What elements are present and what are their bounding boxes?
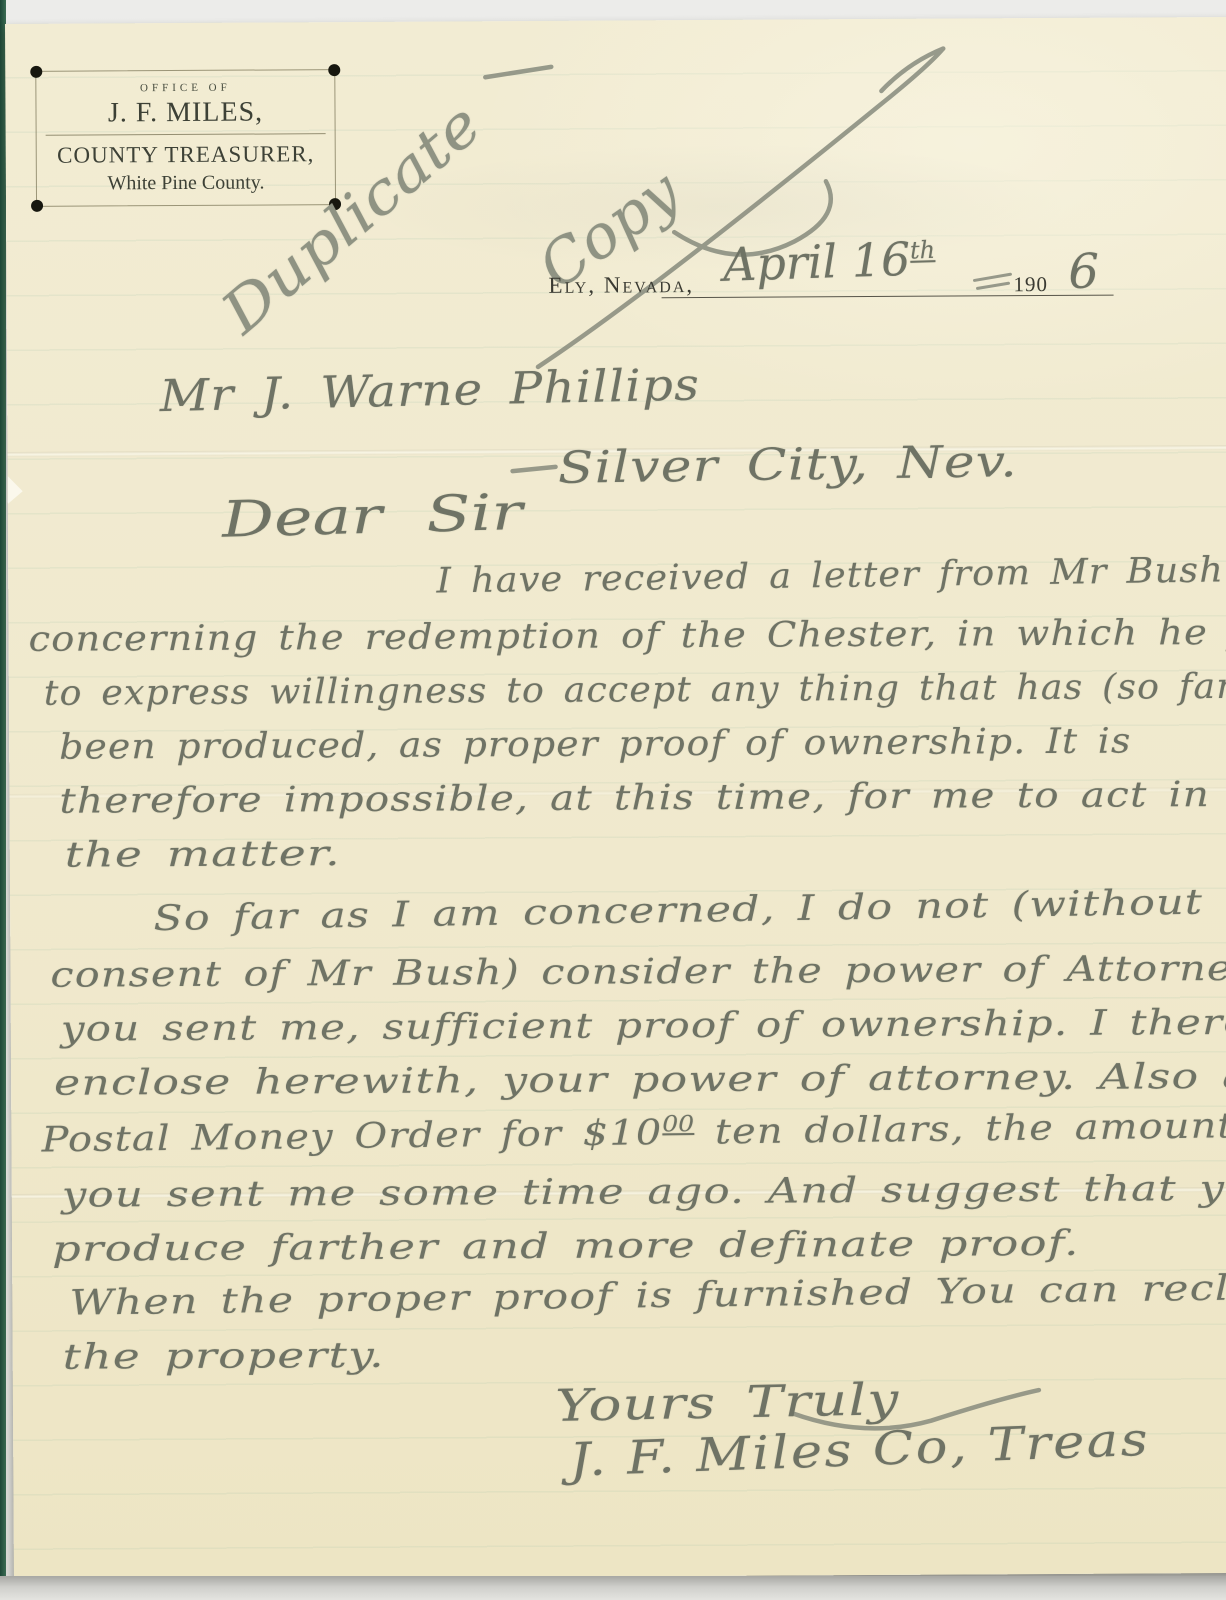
dateline-year-printed: 190: [1013, 272, 1048, 297]
date-day-suffix: th: [910, 236, 936, 265]
letterhead-corner-dot: [30, 66, 42, 78]
letter-line: been produced, as proper proof of owners…: [59, 722, 1131, 768]
letterhead-title: COUNTY TREASURER,: [37, 141, 335, 169]
letter-line: you sent me, sufficient proof of ownersh…: [61, 1002, 1226, 1049]
left-edge-strip: [0, 0, 6, 1600]
letter-line: the matter.: [65, 834, 341, 876]
money-amount-cents: 00: [662, 1112, 694, 1137]
letter-page: OFFICE OF J. F. MILES, COUNTY TREASURER,…: [5, 17, 1226, 1580]
scanner-bed-bottom: [0, 1576, 1226, 1600]
letter-line: concerning the redemption of the Chester…: [28, 612, 1226, 660]
money-line-post: ten dollars, the amount that: [694, 1105, 1226, 1153]
letter-line: enclose herewith, your power of attorney…: [54, 1057, 1226, 1104]
letterhead-box: OFFICE OF J. F. MILES, COUNTY TREASURER,…: [35, 69, 336, 207]
recipient-city: Silver City, Nev.: [557, 436, 1018, 494]
letter-line: the property.: [63, 1336, 385, 1378]
city-leadin-stroke: [513, 467, 556, 471]
date-month-day: April 16: [722, 232, 911, 292]
handwritten-date: April 16th: [722, 231, 936, 292]
slash-top-hook-stroke: [881, 49, 943, 91]
letterhead-name: J. F. MILES,: [36, 96, 334, 130]
letter-line: So far as I am concerned, I do not (with…: [153, 881, 1226, 939]
letter-line: therefore impossible, at this time, for …: [59, 775, 1210, 822]
letterhead-divider: [46, 133, 326, 136]
letter-line: When the proper proof is furnished You c…: [69, 1268, 1226, 1324]
handwritten-year-digit: 6: [1068, 244, 1099, 300]
letter-line: to express willingness to accept any thi…: [44, 667, 1226, 714]
letterhead-corner-dot: [328, 64, 340, 76]
paper-tear: [8, 476, 23, 504]
letter-line: I have received a letter from Mr Bush: [436, 550, 1224, 601]
letterhead-office-of: OFFICE OF: [36, 81, 334, 95]
letterhead-county: White Pine County.: [37, 171, 335, 196]
money-line-pre: Postal Money Order for $10: [41, 1113, 662, 1160]
salutation: Dear Sir: [221, 483, 524, 549]
recipient-name: Mr J. Warne Phillips: [159, 359, 701, 422]
letterhead-corner-dot: [31, 200, 43, 212]
scan-background: OFFICE OF J. F. MILES, COUNTY TREASURER,…: [0, 0, 1226, 1600]
letter-line: you sent me some time ago. And suggest t…: [62, 1169, 1226, 1216]
date-suffix-underline-stroke: [974, 274, 1010, 288]
dateline-place: Ely, Nevada,: [548, 272, 694, 299]
letter-line: Postal Money Order for $1000 ten dollars…: [41, 1104, 1226, 1160]
letter-line: produce farther and more definate proof.: [52, 1224, 1080, 1270]
duplicate-crossbar-stroke: [485, 67, 551, 77]
letter-line: consent of Mr Bush) consider the power o…: [50, 948, 1226, 996]
